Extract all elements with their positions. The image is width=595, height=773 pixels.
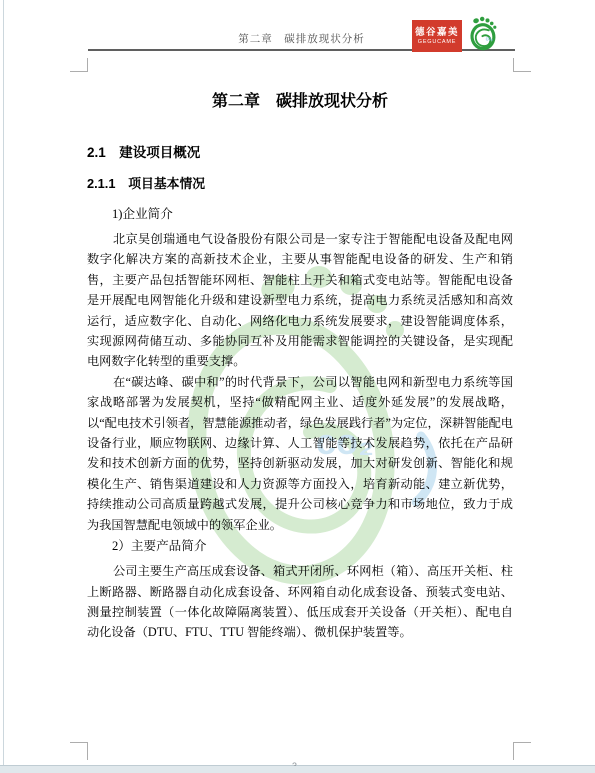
page-left-edge <box>3 0 4 766</box>
text-boundary-corner-bottom-right <box>513 742 531 760</box>
brand-badge-en-label: GEGUCAME <box>418 39 457 46</box>
products-paragraph: 公司主要生产高压成套设备、箱式开闭所、环网柜（箱）、高压开关柜、柱上断路器、断路… <box>87 561 513 643</box>
strategy-paragraph: 在“碳达峰、碳中和”的时代背景下，公司以智能电网和新型电力系统等国家战略部署为发… <box>87 372 513 535</box>
company-intro-paragraph: 北京昊创瑞通电气设备股份有限公司是一家专注于智能配电设备及配电网数字化解决方案的… <box>87 229 513 372</box>
logo-co2-label: co₂ <box>486 36 494 42</box>
list-item-1-label: 1)企业简介 <box>87 207 513 222</box>
document-content: 第二章 碳排放现状分析 2.1 建设项目概况 2.1.1 项目基本情况 1)企业… <box>87 86 513 643</box>
page-bottom-edge <box>0 765 595 773</box>
carbon-footprint-logo-icon: co₂ <box>466 16 502 52</box>
brand-badge-cn-label: 德谷嘉美 <box>415 27 459 39</box>
partial-page-number: 3 <box>292 761 301 766</box>
brand-badge: 德谷嘉美 GEGUCAME <box>412 20 462 52</box>
list-item-2-label: 2）主要产品简介 <box>87 539 513 554</box>
text-boundary-corner-top-left <box>70 58 88 72</box>
text-boundary-corner-bottom-left <box>70 742 88 760</box>
chapter-title: 第二章 碳排放现状分析 <box>87 92 513 112</box>
document-page: { "header": { "running_title": "第二章 碳排放现… <box>0 0 595 773</box>
subsection-heading-2-1-1: 2.1.1 项目基本情况 <box>87 176 513 191</box>
section-heading-2-1: 2.1 建设项目概况 <box>87 145 513 161</box>
text-boundary-corner-top-right <box>513 58 531 72</box>
